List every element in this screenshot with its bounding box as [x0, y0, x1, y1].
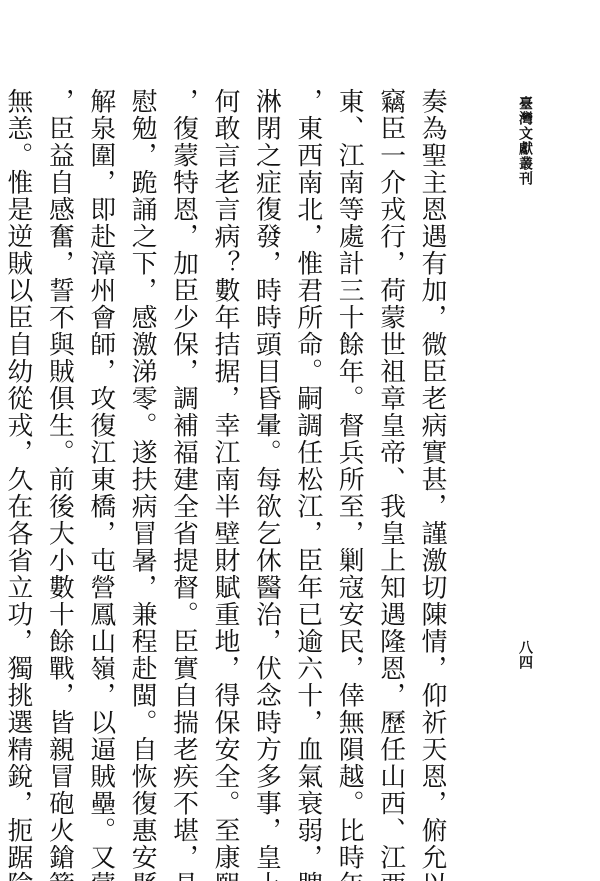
document-page: 臺灣文獻叢刊 八四 奏為聖主恩遇有加，微臣老病實甚，謹激切陳情，仰祈天恩，俯允以… [0, 0, 600, 881]
text-column: 淋閉之症復發，時時頭目昏暈。每欲乞休醫治，伏念時方多事，皇上正在宵衣旰食，臣 [245, 88, 286, 848]
text-column: 解泉圍，即赴漳州會師，攻復江東橋，屯營鳳山嶺，以逼賊壘。又蒙皇上加授昭武將軍 [79, 88, 120, 848]
text-column: 何敢言老言病？數年拮据，幸江南半壁財賦重地，得保安全。至康熙十七年五月初六日 [204, 88, 245, 848]
page-number: 八四 [518, 640, 532, 670]
text-column: ，東西南北，惟君所命。嗣調任松江，臣年已逾六十，血氣衰弱，脾家泄瀉。幼年所患 [286, 88, 327, 848]
body-text: 奏為聖主恩遇有加，微臣老病實甚，謹激切陳情，仰祈天恩，俯允以無誤巖疆事。 竊臣一… [0, 88, 504, 848]
text-column: ，復蒙特恩，加臣少保，調補福建全省提督。臣實自揣老疾不堪，具疏控辭，荷蒙溫旨 [162, 88, 203, 848]
text-column: 竊臣一介戎行，荷蒙世祖章皇帝、我皇上知遇隆恩，歷任山西、江西、廣東、福建、山 [369, 88, 410, 848]
running-header-title: 臺灣文獻叢刊 [518, 96, 532, 186]
text-column: 奏為聖主恩遇有加，微臣老病實甚，謹激切陳情，仰祈天恩，俯允以無誤巖疆事。 [411, 88, 504, 848]
text-column: 無恙。惟是逆賊以臣自幼從戎，久在各省立功，獨挑選精銳，扼踞險要，與臣師相拒。 [0, 88, 38, 848]
text-column: 慰勉，跪誦之下，感激涕零。遂扶病冒暑，兼程赴閩。自恢復惠安縣，奪獲洛陽橋，救 [121, 88, 162, 848]
text-column: ，臣益自感奮，誓不與賊俱生。前後大小數十餘戰，皆親冒砲火鎗箭於鋒鏑之下，身幸 [38, 88, 79, 848]
text-column: 東、江南等處計三十餘年。督兵所至，剿寇安民，倖無隕越。比時年力強壯，身無疾病 [328, 88, 369, 848]
